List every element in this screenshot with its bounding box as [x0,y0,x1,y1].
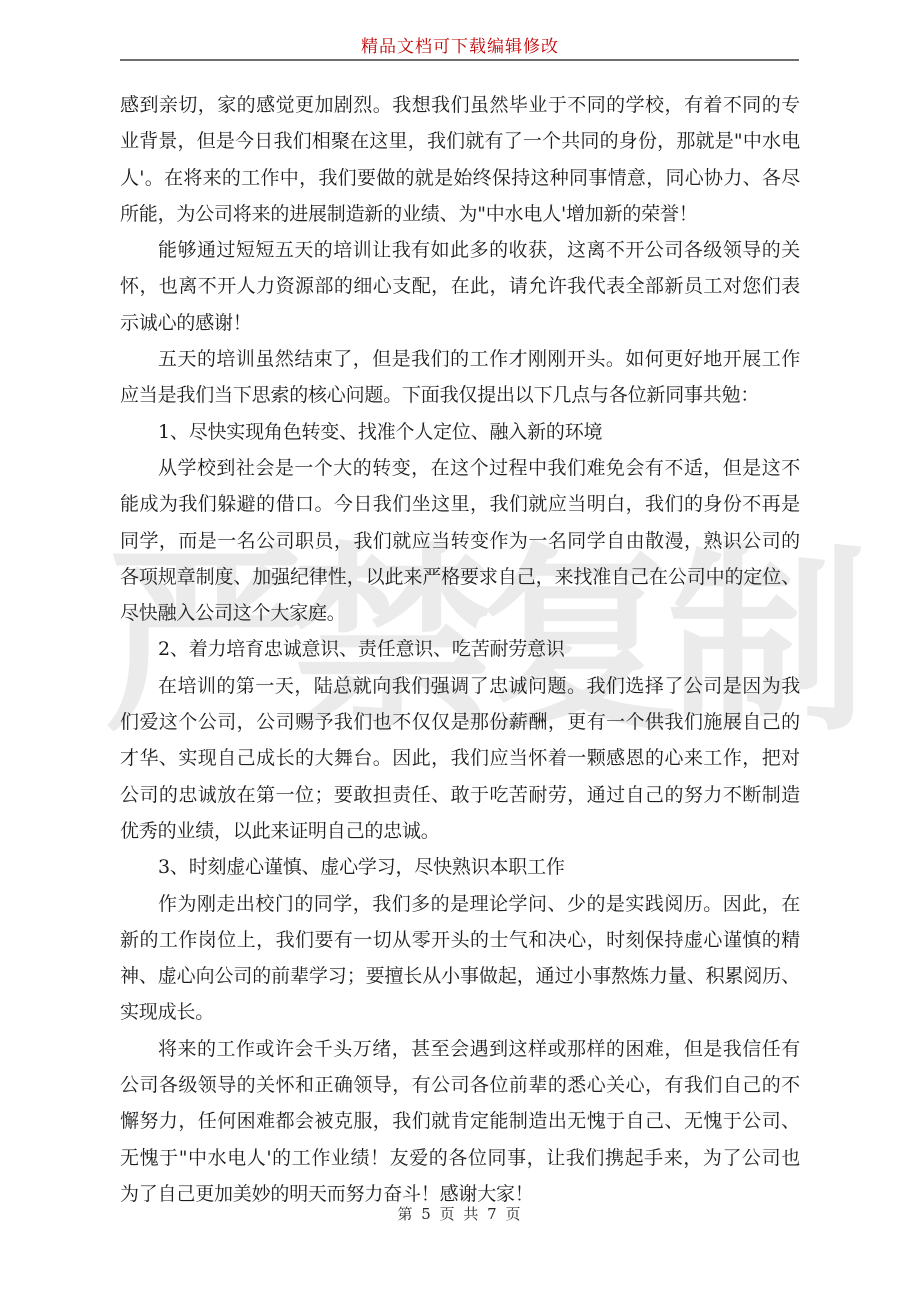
paragraph: 五天的培训虽然结束了，但是我们的工作才刚刚开头。如何更好地开展工作应当是我们当下… [120,341,800,414]
text-line: 作为刚走出校门的同学，我们多的是理论学问、少的是实践阅历。因此，在 [120,886,800,922]
paragraph: 在培训的第一天，陆总就向我们强调了忠诚问题。我们选择了公司是因为我们爱这个公司，… [120,668,800,849]
document-page: 严禁复制 精品文档可下载编辑修改 感到亲切，家的感觉更加剧烈。我想我们虽然毕业于… [0,0,920,1302]
paragraph: 感到亲切，家的感觉更加剧烈。我想我们虽然毕业于不同的学校，有着不同的专业背景，但… [120,87,800,232]
paragraph: 2、着力培育忠诚意识、责任意识、吃苦耐劳意识 [120,631,800,667]
text-line: 公司的忠诚放在第一位；要敢担责任、敢于吃苦耐劳，通过自己的努力不断制造 [120,777,800,813]
text-line: 在培训的第一天，陆总就向我们强调了忠诚问题。我们选择了公司是因为我 [120,668,800,704]
text-line: 人'。在将来的工作中，我们要做的就是始终保持这种同事情意，同心协力、各尽 [120,160,800,196]
text-line: 实现成长。 [120,994,800,1030]
text-line: 业背景，但是今日我们相聚在这里，我们就有了一个共同的身份，那就是"中水电 [120,123,800,159]
page-number-footer: 第 5 页 共 7 页 [120,1204,800,1224]
text-line: 尽快融入公司这个大家庭。 [120,595,800,631]
text-line: 五天的培训虽然结束了，但是我们的工作才刚刚开头。如何更好地开展工作 [120,341,800,377]
text-line: 1、尽快实现角色转变、找准个人定位、融入新的环境 [120,414,800,450]
text-line: 优秀的业绩，以此来证明自己的忠诚。 [120,813,800,849]
text-line: 示诚心的感谢！ [120,305,800,341]
text-line: 能够通过短短五天的培训让我有如此多的收获，这离不开公司各级领导的关 [120,232,800,268]
text-line: 神、虚心向公司的前辈学习；要擅长从小事做起，通过小事熬炼力量、积累阅历、 [120,958,800,994]
text-line: 懈努力，任何困难都会被克服，我们就肯定能制造出无愧于自己、无愧于公司、 [120,1103,800,1139]
text-line: 所能，为公司将来的进展制造新的业绩、为"中水电人'增加新的荣誉！ [120,196,800,232]
header-divider-line [120,59,799,61]
paragraph: 3、时刻虚心谨慎、虚心学习，尽快熟识本职工作 [120,849,800,885]
text-line: 同学，而是一名公司职员，我们就应当转变作为一名同学自由散漫，熟识公司的 [120,523,800,559]
text-line: 2、着力培育忠诚意识、责任意识、吃苦耐劳意识 [120,631,800,667]
text-line: 才华、实现自己成长的大舞台。因此，我们应当怀着一颗感恩的心来工作，把对 [120,740,800,776]
text-line: 将来的工作或许会千头万绪，甚至会遇到这样或那样的困难，但是我信任有 [120,1031,800,1067]
paragraph: 能够通过短短五天的培训让我有如此多的收获，这离不开公司各级领导的关怀，也离不开人… [120,232,800,341]
document-body: 感到亲切，家的感觉更加剧烈。我想我们虽然毕业于不同的学校，有着不同的专业背景，但… [120,87,800,1212]
text-line: 3、时刻虚心谨慎、虚心学习，尽快熟识本职工作 [120,849,800,885]
paragraph: 作为刚走出校门的同学，我们多的是理论学问、少的是实践阅历。因此，在新的工作岗位上… [120,886,800,1031]
text-line: 感到亲切，家的感觉更加剧烈。我想我们虽然毕业于不同的学校，有着不同的专 [120,87,800,123]
text-line: 们爱这个公司，公司赐予我们也不仅仅是那份薪酬，更有一个供我们施展自己的 [120,704,800,740]
text-line: 能成为我们躲避的借口。今日我们坐这里，我们就应当明白，我们的身份不再是 [120,486,800,522]
text-line: 各项规章制度、加强纪律性，以此来严格要求自己，来找准自己在公司中的定位、 [120,559,800,595]
paragraph: 从学校到社会是一个大的转变，在这个过程中我们难免会有不适，但是这不能成为我们躲避… [120,450,800,631]
paragraph: 1、尽快实现角色转变、找准个人定位、融入新的环境 [120,414,800,450]
text-line: 应当是我们当下思索的核心问题。下面我仅提出以下几点与各位新同事共勉： [120,377,800,413]
text-line: 无愧于"中水电人'的工作业绩！友爱的各位同事，让我们携起手来，为了公司也 [120,1140,800,1176]
paragraph: 将来的工作或许会千头万绪，甚至会遇到这样或那样的困难，但是我信任有公司各级领导的… [120,1031,800,1212]
header-banner-text: 精品文档可下载编辑修改 [120,36,800,58]
text-line: 新的工作岗位上，我们要有一切从零开头的士气和决心，时刻保持虚心谨慎的精 [120,922,800,958]
text-line: 怀，也离不开人力资源部的细心支配，在此，请允许我代表全部新员工对您们表 [120,268,800,304]
text-line: 从学校到社会是一个大的转变，在这个过程中我们难免会有不适，但是这不 [120,450,800,486]
text-line: 公司各级领导的关怀和正确领导，有公司各位前辈的悉心关心，有我们自己的不 [120,1067,800,1103]
